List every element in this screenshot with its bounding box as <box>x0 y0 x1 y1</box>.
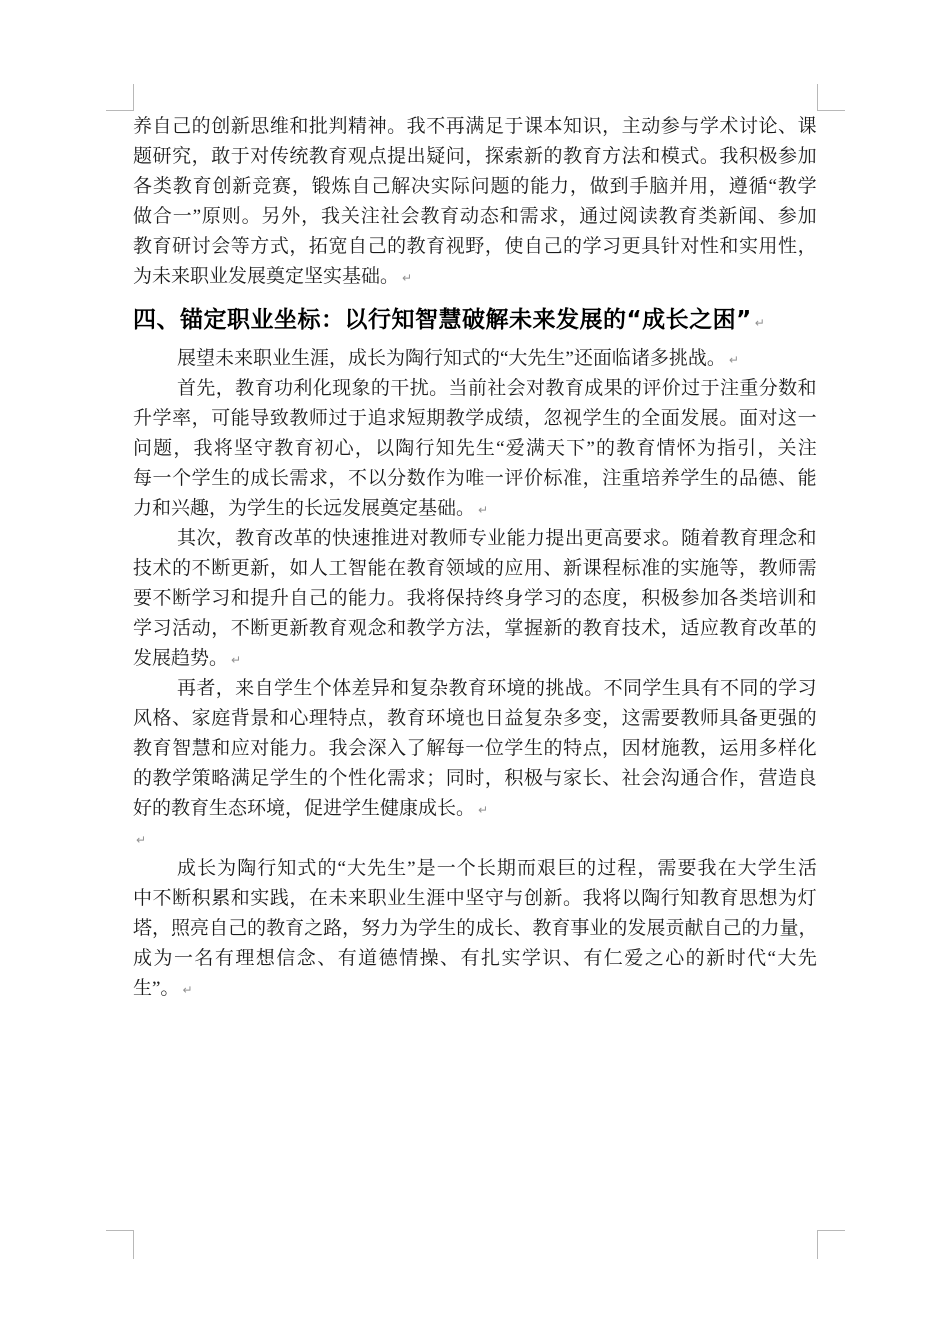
paragraph-mark-icon: ↵ <box>182 983 192 997</box>
text-line: 力和兴趣，为学生的长远发展奠定基础。↵ <box>133 494 817 524</box>
text-line: 展望未来职业生涯，成长为陶行知式的“大先生”还面临诸多挑战。↵ <box>133 344 817 374</box>
text-line: 每一个学生的成长需求，不以分数作为唯一评价标准，注重培养学生的品德、能 <box>133 464 817 494</box>
text-line: 技术的不断更新，如人工智能在教育领域的应用、新课程标准的实施等，教师需 <box>133 554 817 584</box>
crop-mark-bottom-left-icon <box>106 1230 134 1259</box>
heading-line: 四、锚定职业坐标：以行知智慧破解未来发展的“成长之困”↵ <box>133 300 817 340</box>
text-line: 成为一名有理想信念、有道德情操、有扎实学识、有仁爱之心的新时代“大先 <box>133 944 817 974</box>
text-line: 升学率，可能导致教师过于追求短期教学成绩，忽视学生的全面发展。面对这一 <box>133 404 817 434</box>
text-line: 学习活动，不断更新教育观念和教学方法，掌握新的教育技术，适应教育改革的 <box>133 614 817 644</box>
text-line: 再者，来自学生个体差异和复杂教育环境的挑战。不同学生具有不同的学习 <box>133 674 817 704</box>
text-line: 中不断积累和实践，在未来职业生涯中坚守与创新。我将以陶行知教育思想为灯 <box>133 884 817 914</box>
paragraph: 其次，教育改革的快速推进对教师专业能力提出更高要求。随着教育理念和技术的不断更新… <box>133 524 817 674</box>
text-line: 首先，教育功利化现象的干扰。当前社会对教育成果的评价过于注重分数和 <box>133 374 817 404</box>
text-line: 为未来职业发展奠定坚实基础。↵ <box>133 262 817 292</box>
text-line: 教育研讨会等方式，拓宽自己的教育视野，使自己的学习更具针对性和实用性， <box>133 232 817 262</box>
crop-mark-bottom-right-icon <box>817 1230 845 1259</box>
paragraph-mark-icon: ↵ <box>755 316 765 330</box>
text-line: 问题，我将坚守教育初心，以陶行知先生“爱满天下”的教育情怀为指引，关注 <box>133 434 817 464</box>
text-line: 教育智慧和应对能力。我会深入了解每一位学生的特点，因材施教，运用多样化 <box>133 734 817 764</box>
crop-mark-top-right-icon <box>817 84 845 111</box>
paragraph-mark-icon: ↵ <box>478 503 488 517</box>
crop-mark-top-left-icon <box>106 84 134 111</box>
paragraph-mark-icon: ↵ <box>729 353 739 367</box>
text-line: 发展趋势。↵ <box>133 644 817 674</box>
text-line: 风格、家庭背景和心理特点，教育环境也日益复杂多变，这需要教师具备更强的 <box>133 704 817 734</box>
text-area: 养自己的创新思维和批判精神。我不再满足于课本知识，主动参与学术讨论、课题研究，敢… <box>133 112 817 1004</box>
empty-paragraph: ↵ <box>133 824 817 854</box>
paragraph: 再者，来自学生个体差异和复杂教育环境的挑战。不同学生具有不同的学习风格、家庭背景… <box>133 674 817 824</box>
text-line: 其次，教育改革的快速推进对教师专业能力提出更高要求。随着教育理念和 <box>133 524 817 554</box>
text-line: 要不断学习和提升自己的能力。我将保持终身学习的态度，积极参加各类培训和 <box>133 584 817 614</box>
paragraph: 成长为陶行知式的“大先生”是一个长期而艰巨的过程，需要我在大学生活中不断积累和实… <box>133 854 817 1004</box>
paragraph: 展望未来职业生涯，成长为陶行知式的“大先生”还面临诸多挑战。↵ <box>133 344 817 374</box>
text-line: 好的教育生态环境，促进学生健康成长。↵ <box>133 794 817 824</box>
text-line: 做合一”原则。另外，我关注社会教育动态和需求，通过阅读教育类新闻、参加 <box>133 202 817 232</box>
text-line: 塔，照亮自己的教育之路，努力为学生的成长、教育事业的发展贡献自己的力量， <box>133 914 817 944</box>
paragraph: 养自己的创新思维和批判精神。我不再满足于课本知识，主动参与学术讨论、课题研究，敢… <box>133 112 817 292</box>
paragraph: 首先，教育功利化现象的干扰。当前社会对教育成果的评价过于注重分数和升学率，可能导… <box>133 374 817 524</box>
text-line: 的教学策略满足学生的个性化需求；同时，积极与家长、社会沟通合作，营造良 <box>133 764 817 794</box>
paragraph-mark-icon: ↵ <box>478 803 488 817</box>
text-line: ↵ <box>133 824 817 854</box>
paragraph-mark-icon: ↵ <box>402 271 412 285</box>
text-line: 养自己的创新思维和批判精神。我不再满足于课本知识，主动参与学术讨论、课 <box>133 112 817 142</box>
text-line: 生”。↵ <box>133 974 817 1004</box>
document-page: 养自己的创新思维和批判精神。我不再满足于课本知识，主动参与学术讨论、课题研究，敢… <box>0 0 933 1321</box>
section-heading: 四、锚定职业坐标：以行知智慧破解未来发展的“成长之困”↵ <box>133 300 817 340</box>
paragraph-mark-icon: ↵ <box>231 653 241 667</box>
text-line: 成长为陶行知式的“大先生”是一个长期而艰巨的过程，需要我在大学生活 <box>133 854 817 884</box>
text-line: 题研究，敢于对传统教育观点提出疑问，探索新的教育方法和模式。我积极参加 <box>133 142 817 172</box>
text-line: 各类教育创新竞赛，锻炼自己解决实际问题的能力，做到手脑并用，遵循“教学 <box>133 172 817 202</box>
paragraph-mark-icon: ↵ <box>136 833 146 847</box>
